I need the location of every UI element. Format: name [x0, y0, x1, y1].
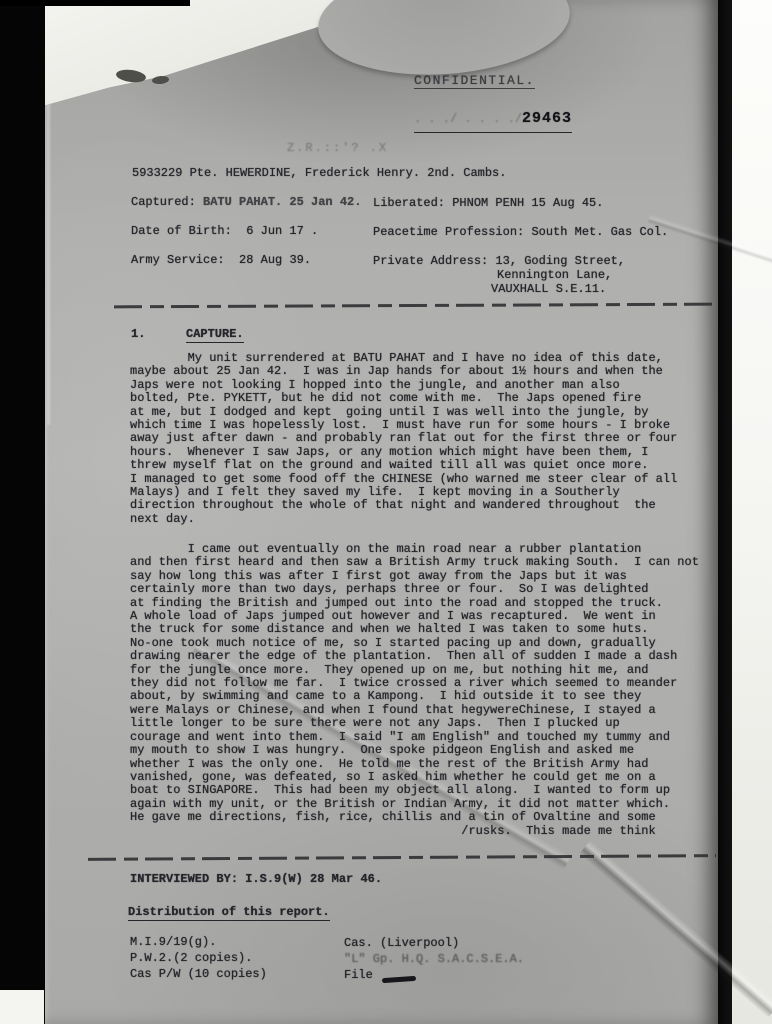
- dob-value: 6 Jun 17 .: [246, 224, 318, 238]
- liberated-value: PHNOM PENH 15 Aug 45.: [452, 196, 603, 210]
- distribution-heading: Distribution of this report.: [128, 906, 330, 921]
- army-service-label: Army Service:: [131, 253, 239, 267]
- capture-paragraph-2: I came out eventually on the main road n…: [130, 543, 722, 838]
- army-service-field: Army Service: 28 Aug 39.: [131, 254, 311, 267]
- distribution-item: Cas P/W (10 copies): [130, 968, 267, 981]
- reference-prefix: . . ./ . . . ./: [414, 112, 522, 126]
- distribution-item: Cas. (Liverpool): [344, 937, 459, 950]
- address-line3: VAUXHALL S.E.11.: [491, 283, 606, 296]
- address-line2: Kennington Lane,: [497, 269, 612, 282]
- dob-label: Date of Birth:: [131, 224, 246, 238]
- captured-value: BATU PAHAT. 25 Jan 42.: [203, 195, 361, 209]
- profession-label: Peacetime Profession:: [373, 225, 531, 239]
- distribution-item: "L" Gp. H.Q. S.A.C.S.E.A.: [344, 953, 524, 966]
- distribution-item: M.I.9/19(g).: [130, 936, 216, 949]
- scanner-bed-patch: [0, 990, 44, 1024]
- captured-field: Captured: BATU PAHAT. 25 Jan 42.: [131, 196, 361, 209]
- page-edge-highlight: [47, 95, 50, 425]
- captured-label: Captured:: [131, 195, 203, 209]
- faded-heading-stamp: Z.R.::'? .X: [287, 142, 388, 155]
- capture-paragraph-1: My unit surrendered at BATU PAHAT and I …: [130, 352, 715, 526]
- distribution-item: File: [344, 969, 373, 982]
- address-field: Private Address: 13, Goding Street,: [373, 255, 625, 268]
- distribution-item: P.W.2.(2 copies).: [130, 952, 252, 965]
- profession-value: South Met. Gas Col.: [531, 225, 668, 239]
- prisoner-service-line: 5933229 Pte. HEWERDINE, Frederick Henry.…: [132, 167, 506, 180]
- address-line1: 13, Goding Street,: [495, 254, 625, 268]
- reference-number-handwritten: 29463: [522, 110, 572, 127]
- liberated-label: Liberated:: [373, 196, 452, 210]
- address-label: Private Address:: [373, 254, 495, 268]
- army-service-value: 28 Aug 39.: [239, 253, 311, 267]
- classification-stamp: CONFIDENTIAL.: [414, 74, 535, 89]
- section-title: CAPTURE.: [186, 328, 244, 343]
- profession-field: Peacetime Profession: South Met. Gas Col…: [373, 226, 668, 239]
- reference-number-line: . . ./ . . . ./29463: [414, 112, 572, 133]
- liberated-field: Liberated: PHNOM PENH 15 Aug 45.: [373, 197, 603, 210]
- adjacent-page-edge: [728, 0, 772, 1024]
- interviewed-by-line: INTERVIEWED BY: I.S.9(W) 28 Mar 46.: [130, 873, 382, 886]
- dob-field: Date of Birth: 6 Jun 17 .: [131, 225, 318, 238]
- scan-border: [0, 0, 190, 6]
- section-number: 1.: [131, 328, 145, 341]
- scanned-document-screenshot: CONFIDENTIAL. . . ./ . . . ./29463 Z.R.:…: [0, 0, 772, 1024]
